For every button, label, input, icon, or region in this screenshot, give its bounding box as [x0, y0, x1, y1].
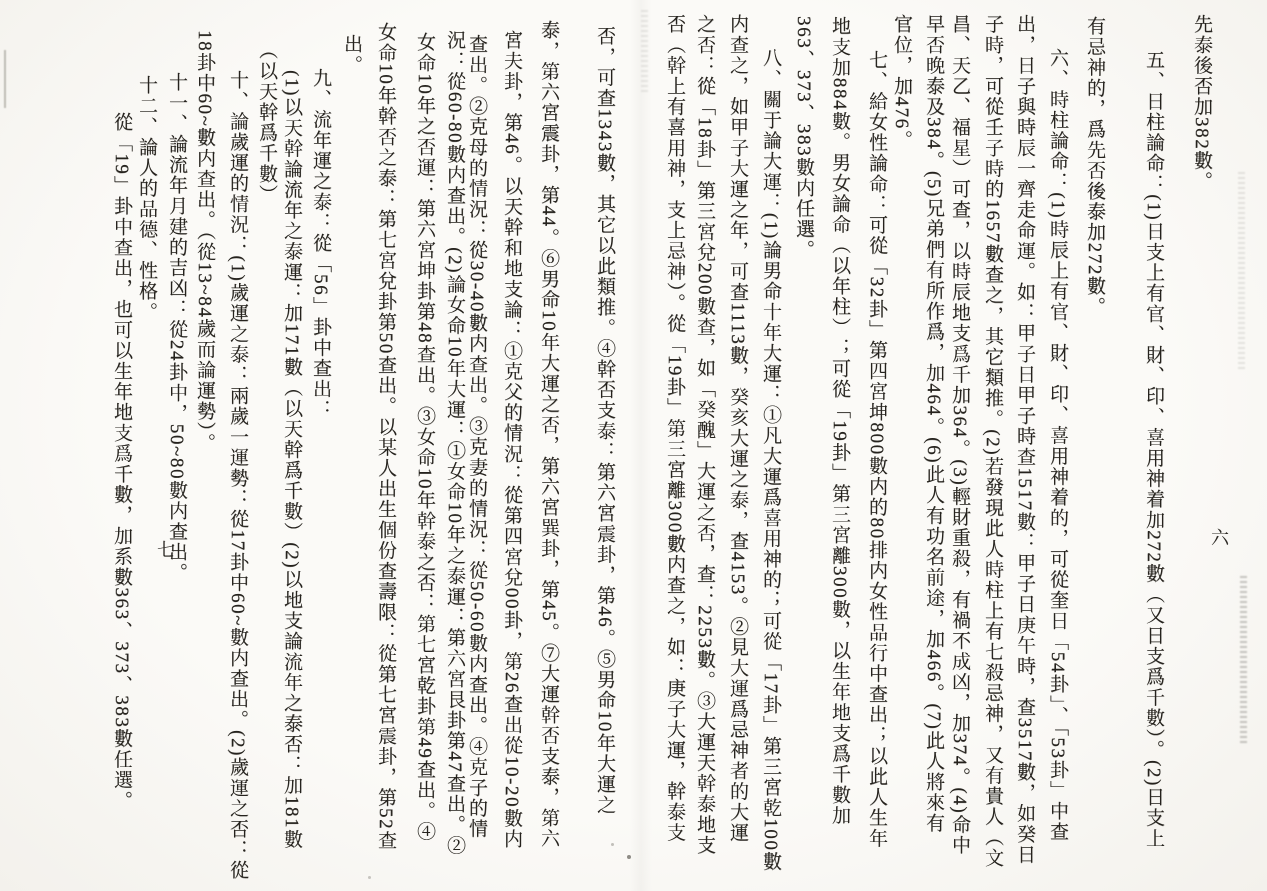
page-left-column-1: 否，可查1343數，其它以此類推。④幹否支泰：第六宮震卦，第46。⑤男命10年大… [591, 26, 618, 815]
page-right: 先泰後否加382數。五、日柱論命：(1)日支上有官、財、印、喜用神着加272數（… [634, 0, 1267, 891]
page-left-column-9: 九、流年運之泰：從「56」卦中查出： [307, 68, 334, 420]
page-left-column-12: 十、論歲運的情況：(1)歲運之泰：兩歲一運勢：從17卦中60~數内查出。(2)歲… [224, 70, 251, 881]
page-left-column-3: 宮夫卦，第46。以天幹和地支論：①克父的情況：從第四宮兌00卦，第26查出從10… [498, 30, 525, 849]
page-right-column-7: 昌、天乙、福星）可查，以時辰地支爲千加364。(3)輕財重殺，有禍不成凶，加37… [946, 14, 973, 856]
page-right-column-9: 官位，加476。 [888, 14, 915, 150]
page-right-column-8: 早否晚泰及384。(5)兄弟們有所作爲，加464。(6)此人有功名前途，加466… [920, 14, 947, 833]
page-right-column-15: 之否：從「18卦」第三宮兌200數查，如「癸醜」大運之否，查：2253數。③大運… [691, 14, 718, 856]
page-left-column-2: 泰，第六宮震卦，第44。⑥男命10年大運之否，第六宮巽卦，第45。⑦大運幹否支泰… [535, 20, 562, 849]
page-right-column-11: 地支加884數。男女論命（以年柱）；可從「19卦」第三宮離300數，以生年地支爲… [826, 16, 853, 826]
page-left-column-14: 十一、論流年月建的吉凶：從24卦中，50~80數内查出。 [163, 72, 190, 583]
page-right-column-6: 子時，可從壬子時的1657數查之，其它類推。(2)若發現此人時柱上有七殺忌神，又… [979, 14, 1006, 868]
page-left-column-10: (1)以天幹論流年之泰運：加171數（以天幹爲千數）(2)以地支論流年之泰否：加… [278, 70, 305, 850]
page-left-column-13: 18卦中60~數内查出。（從13~84歲而論運勢）。 [191, 30, 218, 453]
page-right-column-5: 出，日子與時辰一齊走命運。如：甲子日甲子時查1517數：甲子日庚午時，查3517… [1011, 14, 1038, 865]
page-left-column-11: （以天幹爲千數） [253, 40, 280, 205]
page-right-column-2: 五、日柱論命：(1)日支上有官、財、印、喜用神着加272數（又日支爲千數）。(2… [1140, 50, 1167, 849]
page-left: 否，可查1343數，其它以此類推。④幹否支泰：第六宮震卦，第46。⑤男命10年大… [0, 0, 634, 891]
page-left-column-16: 從「19」卦中查出，也可以生年地支爲千數，加系數363、373、383數任選。 [108, 112, 135, 811]
page-left-column-15: 十二、論人的品德、性格。 [133, 75, 160, 322]
page-right-column-10: 七、給女性論命：可從「32卦」第四宮坤800數内的80排内女性品行中查出；以此人… [863, 50, 890, 849]
page-left-column-7: 女命10年幹否之泰：第七宮兌卦第50查出。以某人出生個份查壽限：從第七宮震卦，第… [372, 22, 399, 851]
page-right-column-14: 内查之，如甲子大運之年，可查1113數，癸亥大運之泰，查4153。②見大運爲忌神… [724, 14, 751, 843]
page-left-column-6: 女命10年之否運：第六宮坤卦第48查出。③女命10年幹泰之否：第七宮乾卦第49查… [411, 32, 438, 842]
scan-smudge [1238, 172, 1245, 372]
scan-edge-artifact [4, 50, 6, 108]
page-right-column-3: 有忌神的，爲先否後泰加272數。 [1081, 16, 1108, 317]
page-right-column-1: 先泰後否加382數。 [1188, 14, 1215, 192]
scan-smudge [1240, 576, 1247, 744]
scan-smudge [641, 10, 648, 95]
scan-speck [368, 876, 371, 879]
scan-speck [627, 855, 631, 859]
page-right-column-12: 363、373、383數内任選。 [790, 16, 817, 260]
page-right-column-16: 否（幹上有喜用神，支上忌神）。從「19卦」第三宮離300數内查之，如：庚子大運，… [661, 14, 688, 843]
page-left-column-8: 出。 [338, 34, 365, 75]
page-right-column-13: 八、關于論大運：(1)論男命十年大運：①凡大運爲喜用神的；可從「17卦」第三宮乾… [757, 48, 784, 872]
page-number-left: 七 [152, 540, 178, 558]
scanned-book-spread: 先泰後否加382數。五、日柱論命：(1)日支上有官、財、印、喜用神着加272數（… [0, 0, 1267, 891]
page-left-column-5: 況：從60-80數内查出。(2)論女命10年大運：①女命10年之泰運：第六宮艮卦… [441, 30, 468, 856]
page-number-right: 六 [1206, 528, 1232, 546]
page-gutter-shadow [630, 0, 652, 891]
page-right-column-4: 六、時柱論命：(1)時辰上有官、財、印、喜用神着的，可從奎日「54卦」、「53卦… [1044, 48, 1071, 842]
scan-speck [611, 843, 614, 846]
